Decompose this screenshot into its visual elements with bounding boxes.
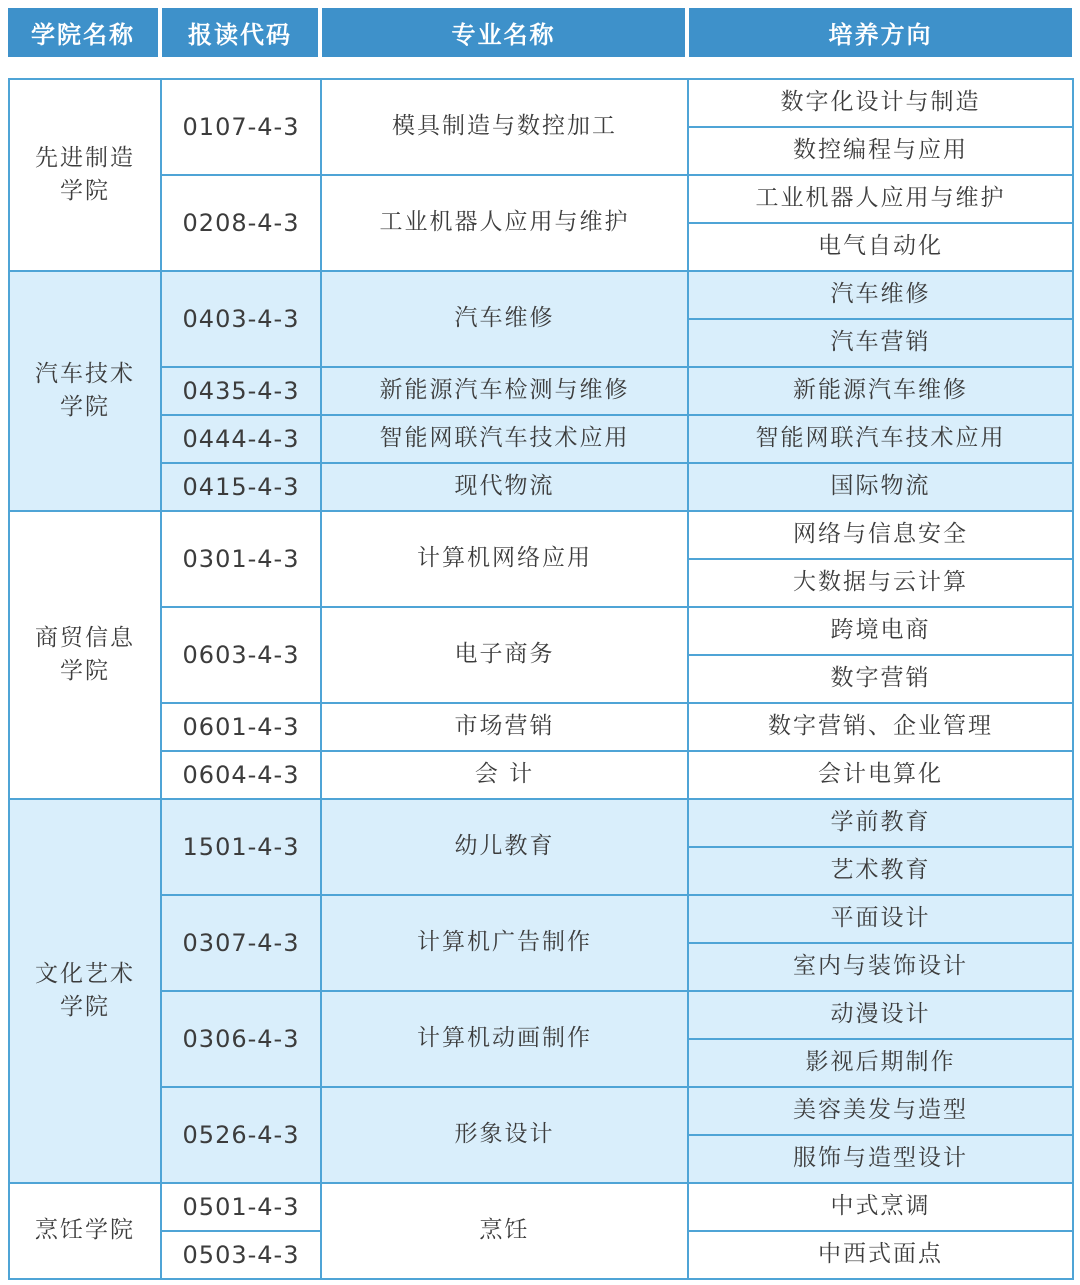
major-cell: 幼儿教育 bbox=[321, 799, 688, 895]
major-cell: 形象设计 bbox=[321, 1087, 688, 1183]
direction-cell: 数字营销 bbox=[688, 655, 1073, 703]
major-cell: 会 计 bbox=[321, 751, 688, 799]
college-cell: 烹饪学院 bbox=[9, 1183, 161, 1279]
table-row: 0526-4-3形象设计美容美发与造型 bbox=[9, 1087, 1073, 1135]
major-cell: 电子商务 bbox=[321, 607, 688, 703]
code-cell: 0435-4-3 bbox=[161, 367, 321, 415]
major-cell: 现代物流 bbox=[321, 463, 688, 511]
direction-cell: 中式烹调 bbox=[688, 1183, 1073, 1231]
table-row: 0435-4-3新能源汽车检测与维修新能源汽车维修 bbox=[9, 367, 1073, 415]
direction-cell: 室内与装饰设计 bbox=[688, 943, 1073, 991]
major-cell: 智能网联汽车技术应用 bbox=[321, 415, 688, 463]
code-cell: 0503-4-3 bbox=[161, 1231, 321, 1279]
header-enroll-code: 报读代码 bbox=[162, 8, 318, 57]
direction-cell: 汽车维修 bbox=[688, 271, 1073, 319]
enrollment-table-body: 先进制造 学院0107-4-3模具制造与数控加工数字化设计与制造数控编程与应用0… bbox=[9, 79, 1073, 1279]
code-cell: 0307-4-3 bbox=[161, 895, 321, 991]
enrollment-table-page: 学院名称 报读代码 专业名称 培养方向 先进制造 学院0107-4-3模具制造与… bbox=[0, 0, 1080, 1285]
code-cell: 0604-4-3 bbox=[161, 751, 321, 799]
direction-cell: 平面设计 bbox=[688, 895, 1073, 943]
table-row: 汽车技术 学院0403-4-3汽车维修汽车维修 bbox=[9, 271, 1073, 319]
direction-cell: 新能源汽车维修 bbox=[688, 367, 1073, 415]
direction-cell: 影视后期制作 bbox=[688, 1039, 1073, 1087]
direction-cell: 国际物流 bbox=[688, 463, 1073, 511]
table-row: 0306-4-3计算机动画制作动漫设计 bbox=[9, 991, 1073, 1039]
direction-cell: 动漫设计 bbox=[688, 991, 1073, 1039]
direction-cell: 工业机器人应用与维护 bbox=[688, 175, 1073, 223]
code-cell: 0306-4-3 bbox=[161, 991, 321, 1087]
direction-cell: 大数据与云计算 bbox=[688, 559, 1073, 607]
major-cell: 计算机网络应用 bbox=[321, 511, 688, 607]
table-row: 0603-4-3电子商务跨境电商 bbox=[9, 607, 1073, 655]
table-row: 商贸信息 学院0301-4-3计算机网络应用网络与信息安全 bbox=[9, 511, 1073, 559]
direction-cell: 汽车营销 bbox=[688, 319, 1073, 367]
direction-cell: 会计电算化 bbox=[688, 751, 1073, 799]
major-cell: 汽车维修 bbox=[321, 271, 688, 367]
major-cell: 新能源汽车检测与维修 bbox=[321, 367, 688, 415]
table-row: 0444-4-3智能网联汽车技术应用智能网联汽车技术应用 bbox=[9, 415, 1073, 463]
direction-cell: 数字营销、企业管理 bbox=[688, 703, 1073, 751]
table-row: 0604-4-3会 计会计电算化 bbox=[9, 751, 1073, 799]
direction-cell: 服饰与造型设计 bbox=[688, 1135, 1073, 1183]
direction-cell: 学前教育 bbox=[688, 799, 1073, 847]
table-row: 烹饪学院0501-4-3烹饪中式烹调 bbox=[9, 1183, 1073, 1231]
major-cell: 计算机广告制作 bbox=[321, 895, 688, 991]
direction-cell: 网络与信息安全 bbox=[688, 511, 1073, 559]
table-row: 先进制造 学院0107-4-3模具制造与数控加工数字化设计与制造 bbox=[9, 79, 1073, 127]
code-cell: 1501-4-3 bbox=[161, 799, 321, 895]
college-cell: 商贸信息 学院 bbox=[9, 511, 161, 799]
table-row: 0307-4-3计算机广告制作平面设计 bbox=[9, 895, 1073, 943]
major-cell: 计算机动画制作 bbox=[321, 991, 688, 1087]
code-cell: 0107-4-3 bbox=[161, 79, 321, 175]
major-cell: 工业机器人应用与维护 bbox=[321, 175, 688, 271]
header-college-name: 学院名称 bbox=[8, 8, 158, 57]
direction-cell: 数字化设计与制造 bbox=[688, 79, 1073, 127]
code-cell: 0301-4-3 bbox=[161, 511, 321, 607]
direction-cell: 智能网联汽车技术应用 bbox=[688, 415, 1073, 463]
table-row: 0601-4-3市场营销数字营销、企业管理 bbox=[9, 703, 1073, 751]
code-cell: 0444-4-3 bbox=[161, 415, 321, 463]
code-cell: 0526-4-3 bbox=[161, 1087, 321, 1183]
major-cell: 市场营销 bbox=[321, 703, 688, 751]
code-cell: 0403-4-3 bbox=[161, 271, 321, 367]
direction-cell: 艺术教育 bbox=[688, 847, 1073, 895]
major-cell: 模具制造与数控加工 bbox=[321, 79, 688, 175]
college-cell: 汽车技术 学院 bbox=[9, 271, 161, 511]
direction-cell: 美容美发与造型 bbox=[688, 1087, 1073, 1135]
direction-cell: 中西式面点 bbox=[688, 1231, 1073, 1279]
code-cell: 0208-4-3 bbox=[161, 175, 321, 271]
direction-cell: 跨境电商 bbox=[688, 607, 1073, 655]
table-row: 0415-4-3现代物流国际物流 bbox=[9, 463, 1073, 511]
enrollment-table: 先进制造 学院0107-4-3模具制造与数控加工数字化设计与制造数控编程与应用0… bbox=[8, 78, 1074, 1280]
header-training-direction: 培养方向 bbox=[689, 8, 1072, 57]
code-cell: 0501-4-3 bbox=[161, 1183, 321, 1231]
code-cell: 0601-4-3 bbox=[161, 703, 321, 751]
table-header-row: 学院名称 报读代码 专业名称 培养方向 bbox=[8, 8, 1072, 57]
college-cell: 文化艺术 学院 bbox=[9, 799, 161, 1183]
table-row: 文化艺术 学院1501-4-3幼儿教育学前教育 bbox=[9, 799, 1073, 847]
major-cell: 烹饪 bbox=[321, 1183, 688, 1279]
table-row: 0208-4-3工业机器人应用与维护工业机器人应用与维护 bbox=[9, 175, 1073, 223]
college-cell: 先进制造 学院 bbox=[9, 79, 161, 271]
code-cell: 0415-4-3 bbox=[161, 463, 321, 511]
direction-cell: 电气自动化 bbox=[688, 223, 1073, 271]
direction-cell: 数控编程与应用 bbox=[688, 127, 1073, 175]
header-major-name: 专业名称 bbox=[322, 8, 685, 57]
code-cell: 0603-4-3 bbox=[161, 607, 321, 703]
